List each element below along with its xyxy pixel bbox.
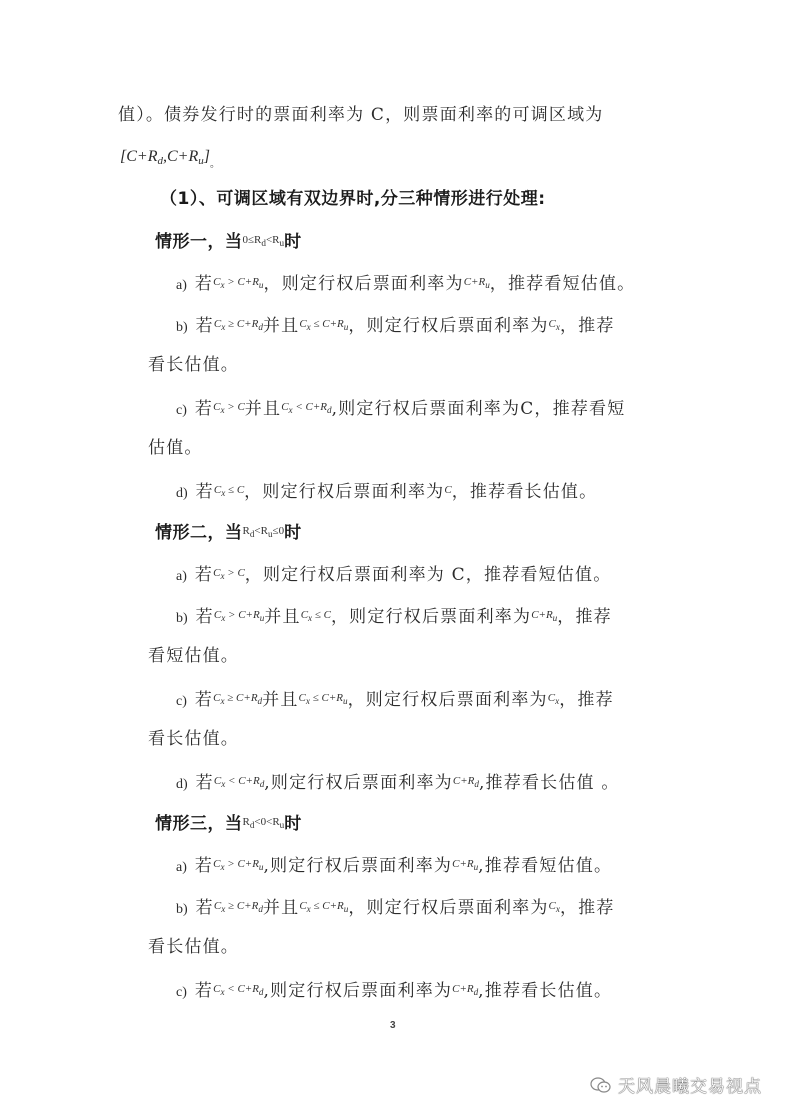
text: ，则定行权后票面利率为 — [348, 316, 548, 336]
formula: Cx ≤ C — [301, 609, 331, 621]
item-label: c) — [176, 403, 187, 418]
text: ，推荐 — [557, 607, 612, 627]
text: 并且 — [245, 399, 281, 419]
item-label: c) — [176, 985, 187, 1000]
formula: C+Ru — [452, 858, 478, 870]
formula: Cx < C+Rd — [214, 775, 264, 787]
watermark-text: 天风晨曦交易视点 — [618, 1077, 762, 1097]
formula: C+Ru — [464, 276, 490, 288]
formula: Cx < C+Rd — [213, 983, 263, 995]
formula: Cx ≥ C+Rd — [214, 900, 263, 912]
text: ，则定行权后票面利率为 — [348, 898, 548, 918]
text: ,推荐看长估值。 — [478, 981, 612, 1001]
item-label: b) — [176, 320, 188, 335]
text: ,则定行权后票面利率为 — [264, 773, 453, 793]
text: 若 — [195, 981, 213, 1001]
case-2-item-b: b)若Cx > C+Ru并且Cx ≤ C，则定行权后票面利率为C+Ru，推荐 — [176, 604, 612, 630]
case-1-item-c: c)若Cx > C并且Cx < C+Rd,则定行权后票面利率为C，看短估值。推荐… — [176, 396, 625, 422]
text: ，推荐 — [560, 898, 615, 918]
formula: Cx > C+Ru — [213, 276, 263, 288]
item-label: b) — [176, 902, 188, 917]
interval-mid: ,C+R — [163, 148, 198, 165]
formula: Cx ≥ C+Rd — [214, 318, 263, 330]
formula: Cx ≤ C — [214, 484, 244, 496]
formula: Cx > C — [213, 567, 245, 579]
case-1-item-d: d)若Cx ≤ C，则定行权后票面利率为C，推荐看长估值。 — [176, 479, 597, 505]
text: C， — [520, 399, 552, 419]
text: ,推荐看长估值 。 — [479, 773, 620, 793]
item-label: d) — [176, 777, 188, 792]
text: ，推荐看长估值。 — [452, 482, 598, 502]
text: 并且 — [264, 607, 300, 627]
case-condition: 0≤Rd<Ru — [243, 234, 285, 246]
text: 若 — [196, 607, 214, 627]
formula: Cx < C+Rd — [281, 401, 331, 413]
intro-line-1: 值）。债券发行时的票面利率为 C，则票面利率的可调区域为 — [118, 104, 604, 126]
case-title-prefix: 情形一，当 — [155, 232, 243, 252]
item-label: a) — [176, 860, 187, 875]
formula: C+Rd — [453, 775, 479, 787]
formula: C — [444, 484, 451, 496]
case-title-prefix: 情形二，当 — [155, 523, 243, 543]
text: ，则定行权后票面利率为 C，推荐看短估值。 — [245, 565, 612, 585]
case-1-item-a: a)若Cx > C+Ru，则定行权后票面利率为C+Ru，推荐看短估值。 — [176, 271, 635, 297]
formula: Cx > C+Ru — [213, 858, 263, 870]
section-heading: （1）、可调区域有双边界时,分三种情形进行处理: — [160, 188, 546, 210]
item-label: b) — [176, 611, 188, 626]
text: 若 — [196, 898, 214, 918]
text: 若 — [195, 274, 213, 294]
text: 若 — [196, 773, 214, 793]
text: 并且 — [263, 316, 299, 336]
case-2-item-c: c)若Cx ≥ C+Rd并且Cx ≤ C+Ru，则定行权后票面利率为Cx，推荐 — [176, 687, 614, 713]
text: 若 — [196, 482, 214, 502]
text: ，则定行权后票面利率为 — [264, 274, 464, 294]
formula: Cx ≤ C+Ru — [299, 318, 348, 330]
case-title-suffix: 时 — [284, 232, 302, 252]
formula: Cx > C+Ru — [214, 609, 264, 621]
case-2-title: 情形二，当Rd<Ru≤0时 — [155, 520, 302, 545]
text: 若 — [196, 316, 214, 336]
text: ,则定行权后票面利率为 — [332, 399, 521, 419]
case-title-suffix: 时 — [284, 814, 302, 834]
text: 若 — [195, 399, 213, 419]
text: 若 — [195, 856, 213, 876]
case-1-item-b: b)若Cx ≥ C+Rd并且Cx ≤ C+Ru，则定行权后票面利率为Cx，推荐 — [176, 313, 615, 339]
item-label: c) — [176, 694, 187, 709]
text: ，则定行权后票面利率为 — [244, 482, 444, 502]
text: 并且 — [263, 898, 299, 918]
case-1-item-c-wrap: 估值。 — [148, 437, 203, 459]
formula: Cx ≤ C+Ru — [299, 692, 348, 704]
text: 并且 — [262, 690, 298, 710]
case-title-prefix: 情形三，当 — [155, 814, 243, 834]
case-2-item-b-wrap: 看短估值。 — [148, 645, 239, 667]
text: ,则定行权后票面利率为 — [264, 981, 453, 1001]
text: 若 — [195, 690, 213, 710]
case-title-suffix: 时 — [284, 523, 302, 543]
interval-expression: [C+Rd,C+Ru]。 — [120, 145, 221, 176]
wechat-icon — [590, 1076, 612, 1099]
case-3-item-b-wrap: 看长估值。 — [148, 936, 239, 958]
formula: Cx > C — [213, 401, 245, 413]
case-3-title: 情形三，当Rd<0<Ru时 — [155, 811, 302, 836]
case-3-item-c: c)若Cx < C+Rd,则定行权后票面利率为C+Rd,推荐看长估值。 — [176, 978, 612, 1004]
case-3-item-a: a)若Cx > C+Ru,则定行权后票面利率为C+Ru,推荐看短估值。 — [176, 853, 612, 879]
formula: C+Rd — [452, 983, 478, 995]
text: 若 — [195, 565, 213, 585]
text: ，则定行权后票面利率为 — [331, 607, 531, 627]
page-number: 3 — [390, 1020, 396, 1031]
formula: Cx — [549, 318, 560, 330]
item-label: a) — [176, 569, 187, 584]
formula: Cx ≤ C+Ru — [299, 900, 348, 912]
formula: Cx — [548, 692, 559, 704]
text: ,推荐看短估值。 — [478, 856, 612, 876]
text: ，则定行权后票面利率为 — [348, 690, 548, 710]
case-condition: Rd<0<Ru — [243, 816, 285, 828]
period: 。 — [210, 159, 221, 170]
text: ，推荐 — [560, 316, 615, 336]
item-label: a) — [176, 278, 187, 293]
formula: C+Ru — [531, 609, 557, 621]
text: 推荐看短 — [553, 399, 626, 419]
watermark: 天风晨曦交易视点 — [590, 1072, 762, 1099]
case-2-item-d: d)若Cx < C+Rd,则定行权后票面利率为C+Rd,推荐看长估值 。 — [176, 770, 620, 796]
text: ,则定行权后票面利率为 — [264, 856, 453, 876]
case-1-item-b-wrap: 看长估值。 — [148, 354, 239, 376]
item-label: d) — [176, 486, 188, 501]
text: ，推荐 — [559, 690, 614, 710]
formula: Cx ≥ C+Rd — [213, 692, 262, 704]
case-2-item-a: a)若Cx > C，则定行权后票面利率为 C，推荐看短估值。 — [176, 562, 611, 588]
case-3-item-b: b)若Cx ≥ C+Rd并且Cx ≤ C+Ru，则定行权后票面利率为Cx，推荐 — [176, 895, 615, 921]
formula: Cx — [549, 900, 560, 912]
text: ，推荐看短估值。 — [490, 274, 636, 294]
case-1-title: 情形一，当0≤Rd<Ru时 — [155, 229, 302, 254]
interval-open: [C+R — [120, 148, 157, 165]
case-2-item-c-wrap: 看长估值。 — [148, 728, 239, 750]
case-condition: Rd<Ru≤0 — [243, 525, 285, 537]
